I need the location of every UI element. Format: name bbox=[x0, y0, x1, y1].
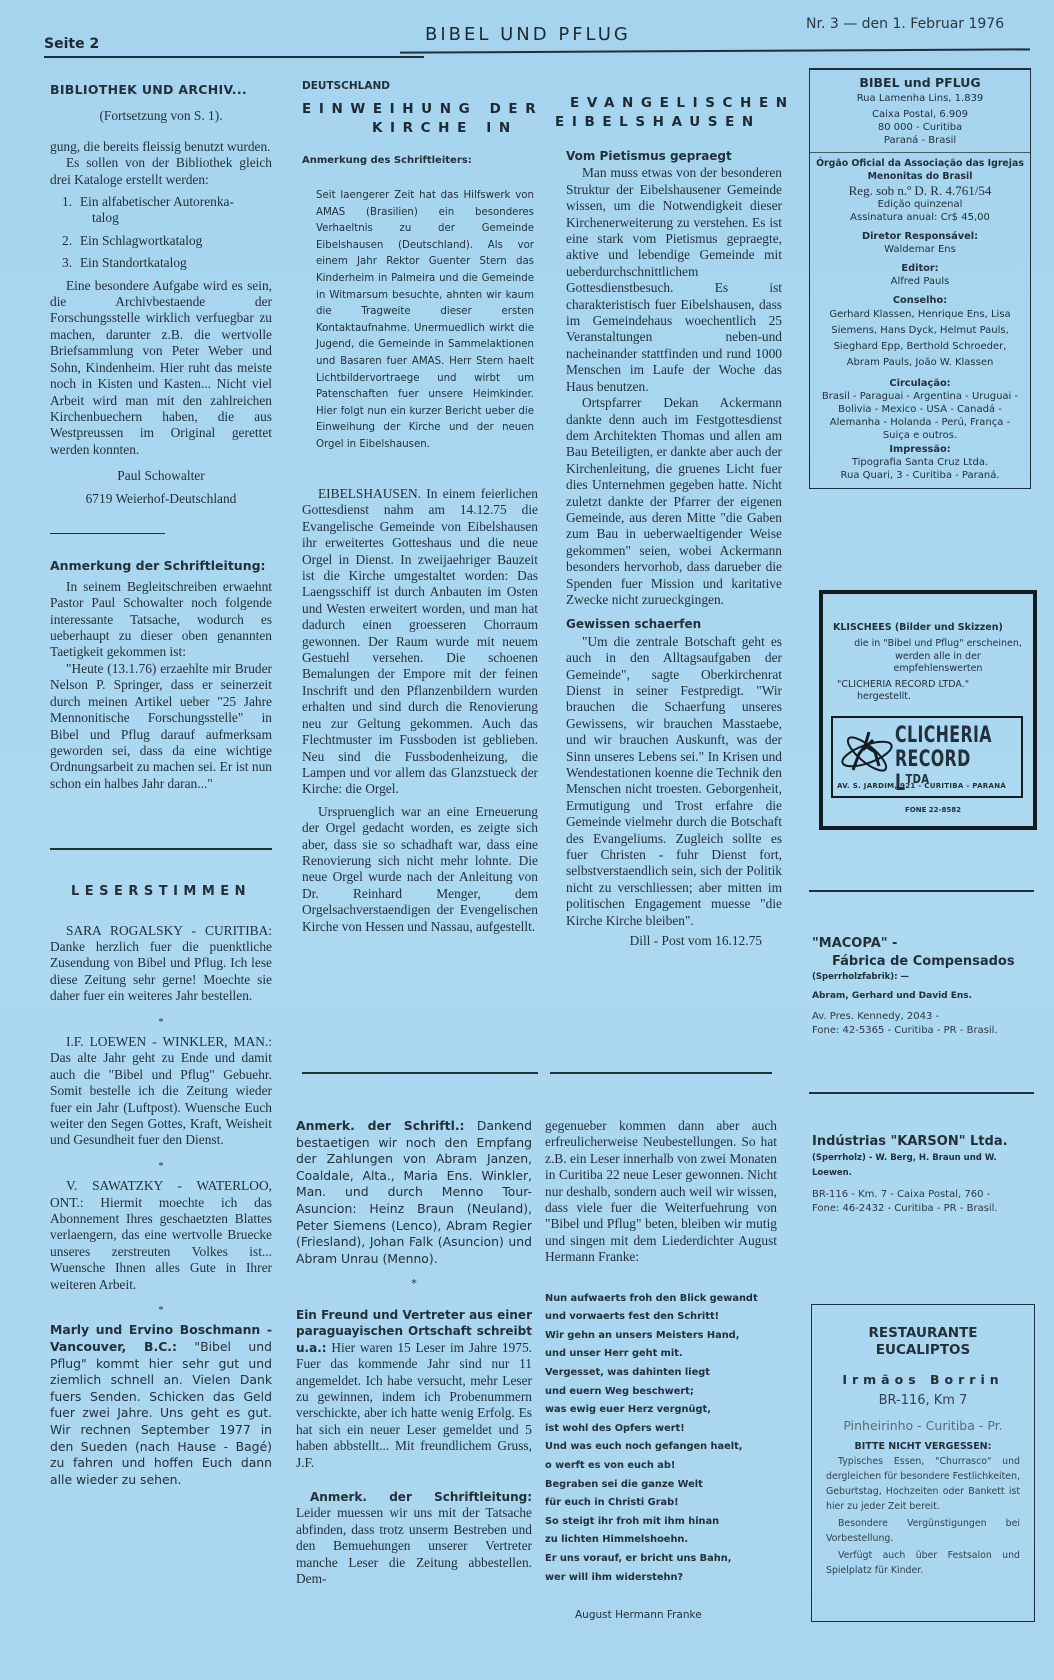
restaurant-text: Verfügt auch über Festsalon und Spielpla… bbox=[812, 1548, 1034, 1578]
reader-letter: SARA ROGALSKY - CURITIBA: Danke herzlich… bbox=[50, 923, 272, 1005]
divider bbox=[809, 1092, 1034, 1094]
paragraph: In seinem Begleitschreiben erwaehnt Past… bbox=[50, 579, 272, 661]
organ-line: Órgão Oficial da Associação das Igrejas … bbox=[810, 157, 1030, 183]
paragraph: gegenueber kommen dann aber auch erfreul… bbox=[545, 1118, 777, 1266]
paragraph: Anmerk. der Schriftleitung: Leider muess… bbox=[296, 1489, 532, 1587]
lower-column-3: gegenueber kommen dann aber auch erfreul… bbox=[545, 1118, 777, 1624]
divider bbox=[302, 1072, 772, 1074]
ad-phone: FONE 22-8582 bbox=[905, 804, 961, 816]
printer-address: Rua Quari, 3 - Curitiba - Paraná. bbox=[810, 469, 1030, 482]
atom-runner-icon bbox=[839, 726, 895, 778]
reader-letter: Marly und Ervino Boschmann - Vancouver, … bbox=[50, 1322, 272, 1488]
subscription-price: Assinatura anual: Cr$ 45,00 bbox=[810, 211, 1030, 224]
label: Diretor Responsável: bbox=[810, 230, 1030, 243]
paragraph: "Um die zentrale Botschaft geht es auch … bbox=[566, 634, 782, 929]
poem: Nun aufwaerts froh den Blick gewandtund … bbox=[545, 1290, 777, 1588]
divider bbox=[50, 848, 272, 850]
subheading: Gewissen schaerfen bbox=[566, 616, 782, 632]
headline: EINWEIHUNG DER bbox=[302, 101, 543, 117]
paragraph: Anmerk. der Schriftl.: Dankend bestaetig… bbox=[296, 1118, 532, 1267]
ad-clicheria: KLISCHEES (Bilder und Skizzen) die in "B… bbox=[819, 590, 1037, 830]
address-line: Rua Lamenha Lins, 1.839 bbox=[810, 92, 1030, 105]
ad-text: die in "Bibel und Pflug" erscheinen, wer… bbox=[853, 638, 1023, 675]
edition: Edição quinzenal bbox=[810, 198, 1030, 211]
address-line: Caixa Postal, 6.909 bbox=[810, 108, 1030, 121]
ad-subtitle: Fábrica de Compensados bbox=[812, 953, 1034, 971]
ad-company: Indústrias "KARSON" Ltda. bbox=[812, 1133, 1034, 1151]
divider bbox=[50, 533, 165, 535]
label: Editor: bbox=[810, 262, 1030, 275]
author-name: Paul Schowalter bbox=[50, 468, 272, 484]
headline: EVANGELISCHEN bbox=[570, 95, 795, 111]
newspaper-page: Seite 2 BIBEL UND PFLUG Nr. 3 — den 1. F… bbox=[0, 0, 1054, 1680]
paragraph: Es sollen von der Bibliothek gleich drei… bbox=[50, 155, 272, 188]
separator-star: * bbox=[50, 1014, 272, 1030]
printer-name: Tipografia Santa Cruz Ltda. bbox=[810, 456, 1030, 469]
author-place: 6719 Weierhof-Deutschland bbox=[50, 491, 272, 507]
column-1: BIBLIOTHEK UND ARCHIV... (Fortsetzung vo… bbox=[50, 82, 272, 1488]
restaurant-text: Typisches Essen, "Churrasco" und derglei… bbox=[812, 1454, 1034, 1514]
director-name: Waldemar Ens bbox=[810, 243, 1030, 256]
poem-author: August Hermann Franke bbox=[575, 1607, 777, 1623]
headline: EIBELSHAUSEN bbox=[555, 114, 761, 130]
paragraph: Man muss etwas von der besonderen Strukt… bbox=[566, 165, 782, 395]
headline: KIRCHE IN bbox=[372, 120, 518, 136]
lower-column-2: Anmerk. der Schriftl.: Dankend bestaetig… bbox=[296, 1118, 532, 1587]
restaurant-location: Pinheirinho - Curitiba - Pr. bbox=[812, 1418, 1034, 1433]
divider bbox=[809, 890, 1034, 892]
masthead-title: BIBEL UND PFLUG bbox=[425, 24, 631, 45]
ad-company: "MACOPA" - bbox=[812, 935, 1034, 953]
article-kicker: DEUTSCHLAND bbox=[302, 80, 390, 92]
reader-letter: I.F. LOEWEN - WINKLER, MAN.: Das alte Ja… bbox=[50, 1034, 272, 1149]
clicheria-logo: CLICHERIARECORD Lᵀᴰᴬ AV. S. JARDIM, 921 … bbox=[831, 716, 1023, 798]
label: Circulação: bbox=[810, 377, 1030, 390]
divider-gap bbox=[538, 1068, 550, 1076]
restaurant-reminder: BITTE NICHT VERGESSEN: bbox=[812, 1441, 1034, 1452]
ad-address: Av. Pres. Kennedy, 2043 -Fone: 42-5365 -… bbox=[812, 1010, 1034, 1038]
header-rule-left bbox=[44, 56, 424, 58]
separator-star: * bbox=[50, 1302, 272, 1318]
paragraph: Urspruenglich war an eine Erneuerung der… bbox=[302, 804, 538, 935]
ad-owners: Abram, Gerhard und David Ens. bbox=[812, 990, 1034, 1003]
restaurant-name: RESTAURANTEEUCALIPTOS bbox=[812, 1325, 1034, 1359]
paragraph: gung, die bereits fleissig benutzt wurde… bbox=[50, 139, 272, 155]
separator-star: * bbox=[50, 1158, 272, 1174]
article-source: Dill - Post vom 16.12.75 bbox=[566, 933, 782, 949]
continuation-note: (Fortsetzung von S. 1). bbox=[50, 108, 272, 124]
restaurant-owners: Irmãos Borrin bbox=[812, 1372, 1034, 1387]
list-item: 3.Ein Standortkatalog bbox=[50, 255, 272, 271]
paragraph: "Heute (13.1.76) erzaehlte mir Bruder Ne… bbox=[50, 661, 272, 792]
ad-heading: KLISCHEES (Bilder und Skizzen) bbox=[833, 622, 1033, 634]
ad-macopa: "MACOPA" - Fábrica de Compensados (Sperr… bbox=[812, 935, 1034, 1038]
editor-note-body: Seit laengerer Zeit hat das Hilfswerk vo… bbox=[316, 188, 534, 454]
header-rule-right bbox=[400, 48, 1030, 53]
council-names: Gerhard Klassen, Henrique Ens, Lisa Siem… bbox=[810, 307, 1030, 371]
paragraph: EIBELSHAUSEN. In einem feierlichen Gotte… bbox=[302, 486, 538, 798]
restaurant-location: BR-116, Km 7 bbox=[812, 1393, 1034, 1408]
ad-address: BR-116 - Km. 7 - Caixa Postal, 760 -Fone… bbox=[812, 1188, 1034, 1216]
ad-type: (Sperrholzfabrik): — bbox=[812, 971, 1034, 984]
reader-letter: V. SAWATZKY - WATERLOO, ONT.: Hiermit mo… bbox=[50, 1178, 272, 1293]
list-item: 1.Ein alfabetischer Autorenka-talog bbox=[50, 194, 272, 227]
note-heading: Anmerkung der Schriftleitung: bbox=[50, 558, 272, 574]
ad-restaurant: RESTAURANTEEUCALIPTOS Irmãos Borrin BR-1… bbox=[811, 1304, 1035, 1622]
separator-star: * bbox=[296, 1276, 532, 1293]
editor-note-heading: Anmerkung des Schriftleiters: bbox=[302, 155, 472, 166]
circulation-countries: Brasil - Paraguai - Argentina - Uruguai … bbox=[810, 390, 1030, 442]
paragraph: Ein Freund und Vertreter aus einer parag… bbox=[296, 1307, 532, 1471]
ad-owners: (Sperrholz) - W. Berg, H. Braun und W. L… bbox=[812, 1151, 1034, 1181]
publication-name: BIBEL und PFLUG bbox=[810, 76, 1030, 89]
registration: Reg. sob n.º D. R. 4.761/54 bbox=[810, 183, 1030, 198]
list-item: 2.Ein Schlagwortkatalog bbox=[50, 233, 272, 249]
address-line: 80 000 - Curitiba bbox=[810, 121, 1030, 134]
label: Conselho: bbox=[810, 294, 1030, 307]
section-heading-leserstimmen: LESERSTIMMEN bbox=[50, 884, 272, 900]
article-column-2: EIBELSHAUSEN. In einem feierlichen Gotte… bbox=[302, 486, 538, 935]
article-column-3: Vom Pietismus gepraegt Man muss etwas vo… bbox=[566, 148, 782, 950]
ad-karson: Indústrias "KARSON" Ltda. (Sperrholz) - … bbox=[812, 1133, 1034, 1216]
masthead-box: BIBEL und PFLUG Rua Lamenha Lins, 1.839 … bbox=[809, 68, 1031, 489]
divider bbox=[810, 152, 1030, 153]
page-number: Seite 2 bbox=[44, 36, 99, 52]
ad-text: hergestellt. bbox=[857, 691, 1033, 703]
subheading: Vom Pietismus gepraegt bbox=[566, 148, 782, 164]
label: Impressão: bbox=[810, 443, 1030, 456]
address-line: Paraná - Brasil bbox=[810, 134, 1030, 147]
editor-name: Alfred Pauls bbox=[810, 275, 1030, 288]
article-title-bibliothek: BIBLIOTHEK UND ARCHIV... bbox=[50, 82, 272, 98]
issue-date: Nr. 3 — den 1. Februar 1976 bbox=[806, 16, 1004, 32]
logo-address: AV. S. JARDIM, 921 - CURITIBA - PARANÁ bbox=[837, 780, 1006, 792]
paragraph: Ortspfarrer Dekan Ackermann dankte denn … bbox=[566, 395, 782, 608]
ad-company: "CLICHERIA RECORD LTDA." bbox=[837, 679, 1033, 691]
restaurant-text: Besondere Vergünstigungen bei Vorbestell… bbox=[812, 1516, 1034, 1546]
paragraph: Eine besondere Aufgabe wird es sein, die… bbox=[50, 278, 272, 458]
